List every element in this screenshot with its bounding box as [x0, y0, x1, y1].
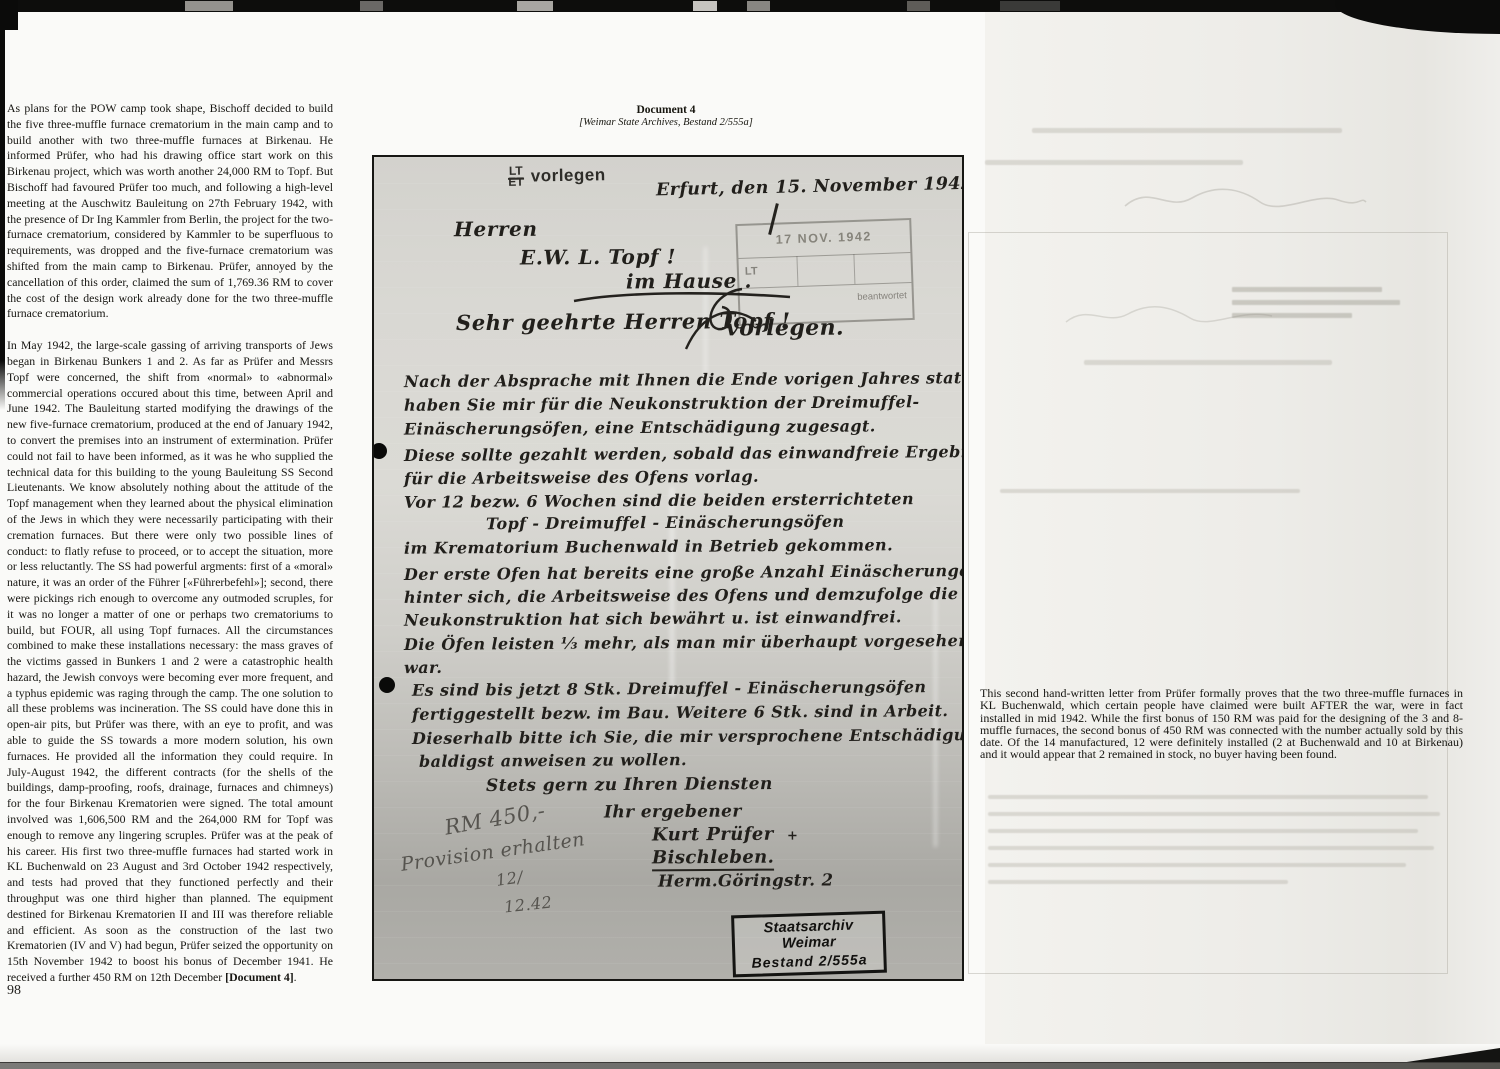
ghost-text-bar — [988, 846, 1434, 850]
ghost-text-bar — [1032, 128, 1342, 133]
figure-heading: Document 4 [Weimar State Archives, Besta… — [372, 104, 960, 128]
handwriting-line: Topf - Dreimuffel - Einäscherungsöfen — [486, 512, 845, 534]
scan-edge-fragment — [185, 1, 233, 11]
pencil-note-provision: Provision erhalten — [399, 828, 586, 876]
signature-name-text: Kurt Prüfer — [652, 824, 774, 846]
archive-stamp-line-2: Bestand 2/555a — [735, 951, 883, 972]
handwriting-line: für die Arbeitsweise des Ofens vorlag. — [404, 467, 759, 488]
ghost-text-bar — [988, 812, 1440, 816]
handwriting-line: Diese sollte gezahlt werden, sobald das … — [404, 442, 964, 465]
scan-edge-fragment — [1000, 1, 1060, 11]
ghost-text-bar — [988, 863, 1406, 867]
handwriting-line: Es sind bis jetzt 8 Stk. Dreimuffel - Ei… — [412, 677, 927, 700]
handwriting-line: fertiggestellt bezw. im Bau. Weitere 6 S… — [412, 701, 948, 724]
signature-name: Kurt Prüfer + — [652, 823, 798, 845]
figure-source: [Weimar State Archives, Bestand 2/555a] — [372, 117, 960, 128]
vorlegen-stamp: LTET vorlegen — [508, 164, 606, 188]
signature-name-mark: + — [787, 828, 798, 843]
pencil-note-amount: RM 450,- — [443, 798, 547, 839]
archive-stamp-line-1: Staatsarchiv Weimar — [734, 917, 883, 954]
handwriting-line: im Krematorium Buchenwald in Betrieb gek… — [404, 535, 893, 557]
figure-title: Document 4 — [372, 104, 960, 116]
scan-edge-fragment — [693, 1, 717, 11]
recipient-line-2: E.W. L. Topf ! — [520, 244, 676, 269]
document-4-reference: [Document 4] — [225, 970, 293, 984]
scan-edge-fragment — [747, 1, 770, 11]
handwritten-dateline: Erfurt, den 15. November 1942 — [656, 174, 964, 201]
handwriting-line: Nach der Absprache mit Ihnen die Ende vo… — [404, 368, 964, 391]
ghost-text-bar — [1000, 489, 1300, 493]
vorlegen-stamp-et: ET — [508, 175, 524, 189]
receipt-stamp-line — [797, 256, 799, 286]
scan-left-edge — [0, 0, 5, 410]
pencil-note-day: 12/ — [495, 867, 525, 890]
ghost-text-bar — [1084, 360, 1332, 365]
handwriting-line: war. — [404, 658, 442, 677]
scan-edge-fragment — [517, 1, 553, 11]
ghost-handwriting — [1120, 182, 1370, 216]
handwriting-line: Neukonstruktion hat sich bewährt u. ist … — [404, 607, 902, 629]
recipient-line-1: Herren — [454, 217, 538, 242]
ghost-handwriting — [1062, 300, 1282, 332]
pencil-note-month: 12.42 — [503, 893, 553, 917]
handwriting-line: Die Öfen leisten ⅓ mehr, als man mir übe… — [404, 631, 964, 654]
handwriting-line: Einäscherungsöfen, eine Entschädigung zu… — [404, 416, 876, 438]
scan-bottom-shade — [0, 1044, 1500, 1062]
handwriting-line: haben Sie mir für die Neukonstruktion de… — [404, 392, 920, 415]
book-page-spread: As plans for the POW camp took shape, Bi… — [0, 0, 1500, 1069]
margin-dot — [372, 443, 387, 459]
handwriting-line: Der erste Ofen hat bereits eine große An… — [404, 561, 964, 584]
closing-line-2: Ihr ergebener — [604, 802, 742, 823]
signature-street: Herm.Göringstr. 2 — [658, 870, 834, 890]
handwriting-line: Vor 12 bezw. 6 Wochen sind die beiden er… — [404, 489, 914, 512]
receipt-stamp-line — [854, 254, 856, 284]
receipt-stamp-line — [740, 282, 912, 289]
paragraph-2: In May 1942, the large-scale gassing of … — [7, 338, 333, 986]
vorlegen-stamp-fraction: LTET — [508, 166, 524, 188]
closing-line-1: Stets gern zu Ihren Diensten — [486, 774, 773, 796]
recipient-line-3: im Hause . — [626, 269, 752, 294]
ghost-text-bar — [985, 160, 1243, 165]
receipt-stamp-date: 17 NOV. 1942 — [738, 228, 910, 248]
receipt-stamp-answered: beantwortet — [857, 290, 907, 303]
receipt-stamp-line — [738, 252, 910, 259]
handwriting-line: Dieserhalb bitte ich Sie, die mir verspr… — [412, 725, 964, 748]
signature-town: Bischleben. — [652, 847, 774, 872]
margin-dot — [379, 677, 395, 693]
ghost-text-bar — [1232, 287, 1382, 292]
page-number: 98 — [7, 983, 21, 999]
scan-edge-fragment — [907, 1, 930, 11]
document-scan: 17 NOV. 1942 LT beantwortet LTET vorlege… — [372, 155, 964, 981]
ghost-text-bar — [988, 829, 1418, 833]
scan-bottom-edge — [0, 1062, 1500, 1069]
ghost-text-bar — [988, 795, 1428, 799]
vorlegen-stamp-label: vorlegen — [531, 165, 606, 186]
left-text-column: As plans for the POW camp took shape, Bi… — [7, 101, 333, 986]
scan-edge-fragment — [360, 1, 383, 11]
handwriting-line: baldigst anweisen zu wollen. — [419, 750, 687, 771]
paragraph-2-text: In May 1942, the large-scale gassing of … — [7, 338, 333, 984]
paragraph-1: As plans for the POW camp took shape, Bi… — [7, 101, 333, 322]
handwriting-line: hinter sich, die Arbeitsweise des Ofens … — [404, 584, 959, 607]
paragraph-2-period: . — [294, 970, 297, 984]
forward-scrawl: vorlegen. — [726, 315, 844, 342]
archive-stamp: Staatsarchiv Weimar Bestand 2/555a — [731, 911, 887, 978]
figure-caption: This second hand-written letter from Prü… — [980, 687, 1463, 761]
ghost-text-bar — [988, 880, 1288, 884]
